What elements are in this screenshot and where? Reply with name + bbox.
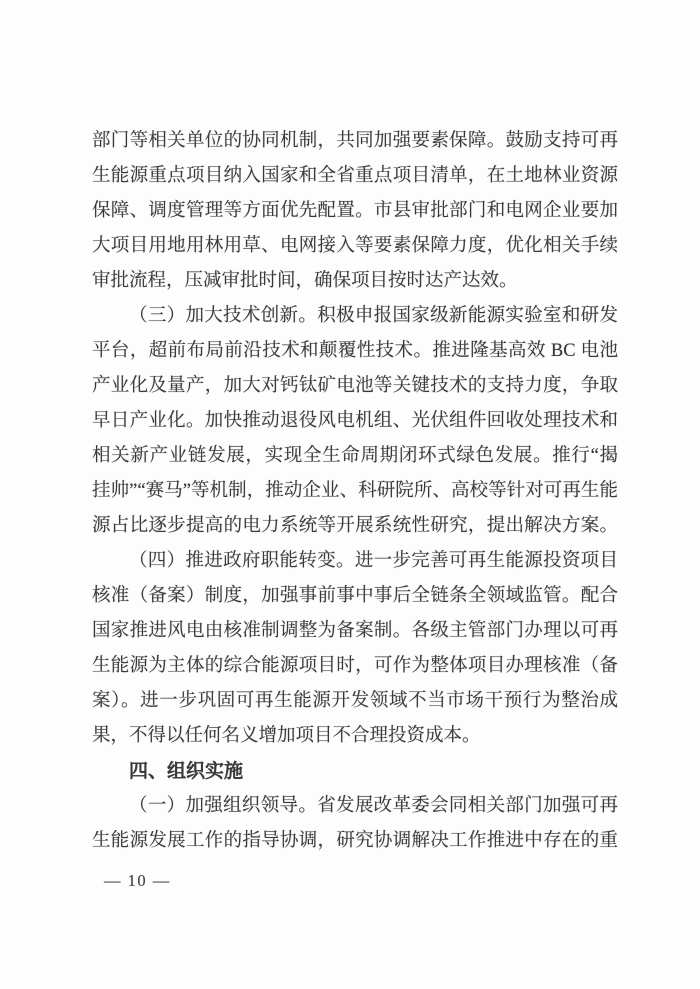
text-line: （四）推进政府职能转变。进一步完善可再生能源投资项目 bbox=[92, 544, 618, 579]
text-line: 大项目用地用林用草、电网接入等要素保障力度，优化相关手续 bbox=[92, 229, 618, 264]
section-heading: 四、组织实施 bbox=[92, 754, 618, 789]
page-number: — 10 — bbox=[104, 870, 171, 892]
text-line: 挂帅”“赛马”等机制，推动企业、科研院所、高校等针对可再生能 bbox=[92, 474, 618, 509]
text-line: 平台，超前布局前沿技术和颠覆性技术。推进隆基高效 BC 电池 bbox=[92, 334, 618, 369]
text-line: 案）。进一步巩固可再生能源开发领域不当市场干预行为整治成 bbox=[92, 684, 618, 719]
text-line: 生能源重点项目纳入国家和全省重点项目清单，在土地林业资源 bbox=[92, 159, 618, 194]
text-line: 相关新产业链发展，实现全生命周期闭环式绿色发展。推行“揭榜 bbox=[92, 439, 618, 474]
text-line: 国家推进风电由核准制调整为备案制。各级主管部门办理以可再 bbox=[92, 614, 618, 649]
text-line: （一）加强组织领导。省发展改革委会同相关部门加强可再 bbox=[92, 789, 618, 824]
text-line: 部门等相关单位的协同机制，共同加强要素保障。鼓励支持可再 bbox=[92, 124, 618, 159]
document-body: 部门等相关单位的协同机制，共同加强要素保障。鼓励支持可再生能源重点项目纳入国家和… bbox=[92, 124, 618, 859]
document-page: 部门等相关单位的协同机制，共同加强要素保障。鼓励支持可再生能源重点项目纳入国家和… bbox=[0, 0, 700, 989]
text-line: 产业化及量产，加大对钙钛矿电池等关键技术的支持力度，争取 bbox=[92, 369, 618, 404]
text-line: 果，不得以任何名义增加项目不合理投资成本。 bbox=[92, 719, 618, 754]
text-line: 生能源为主体的综合能源项目时，可作为整体项目办理核准（备 bbox=[92, 649, 618, 684]
text-line: 核准（备案）制度，加强事前事中事后全链条全领域监管。配合 bbox=[92, 579, 618, 614]
text-line: 保障、调度管理等方面优先配置。市县审批部门和电网企业要加 bbox=[92, 194, 618, 229]
text-line: （三）加大技术创新。积极申报国家级新能源实验室和研发 bbox=[92, 299, 618, 334]
text-line: 审批流程，压减审批时间，确保项目按时达产达效。 bbox=[92, 264, 618, 299]
text-line: 源占比逐步提高的电力系统等开展系统性研究，提出解决方案。 bbox=[92, 509, 618, 544]
text-line: 生能源发展工作的指导协调，研究协调解决工作推进中存在的重 bbox=[92, 824, 618, 859]
text-line: 早日产业化。加快推动退役风电机组、光伏组件回收处理技术和 bbox=[92, 404, 618, 439]
